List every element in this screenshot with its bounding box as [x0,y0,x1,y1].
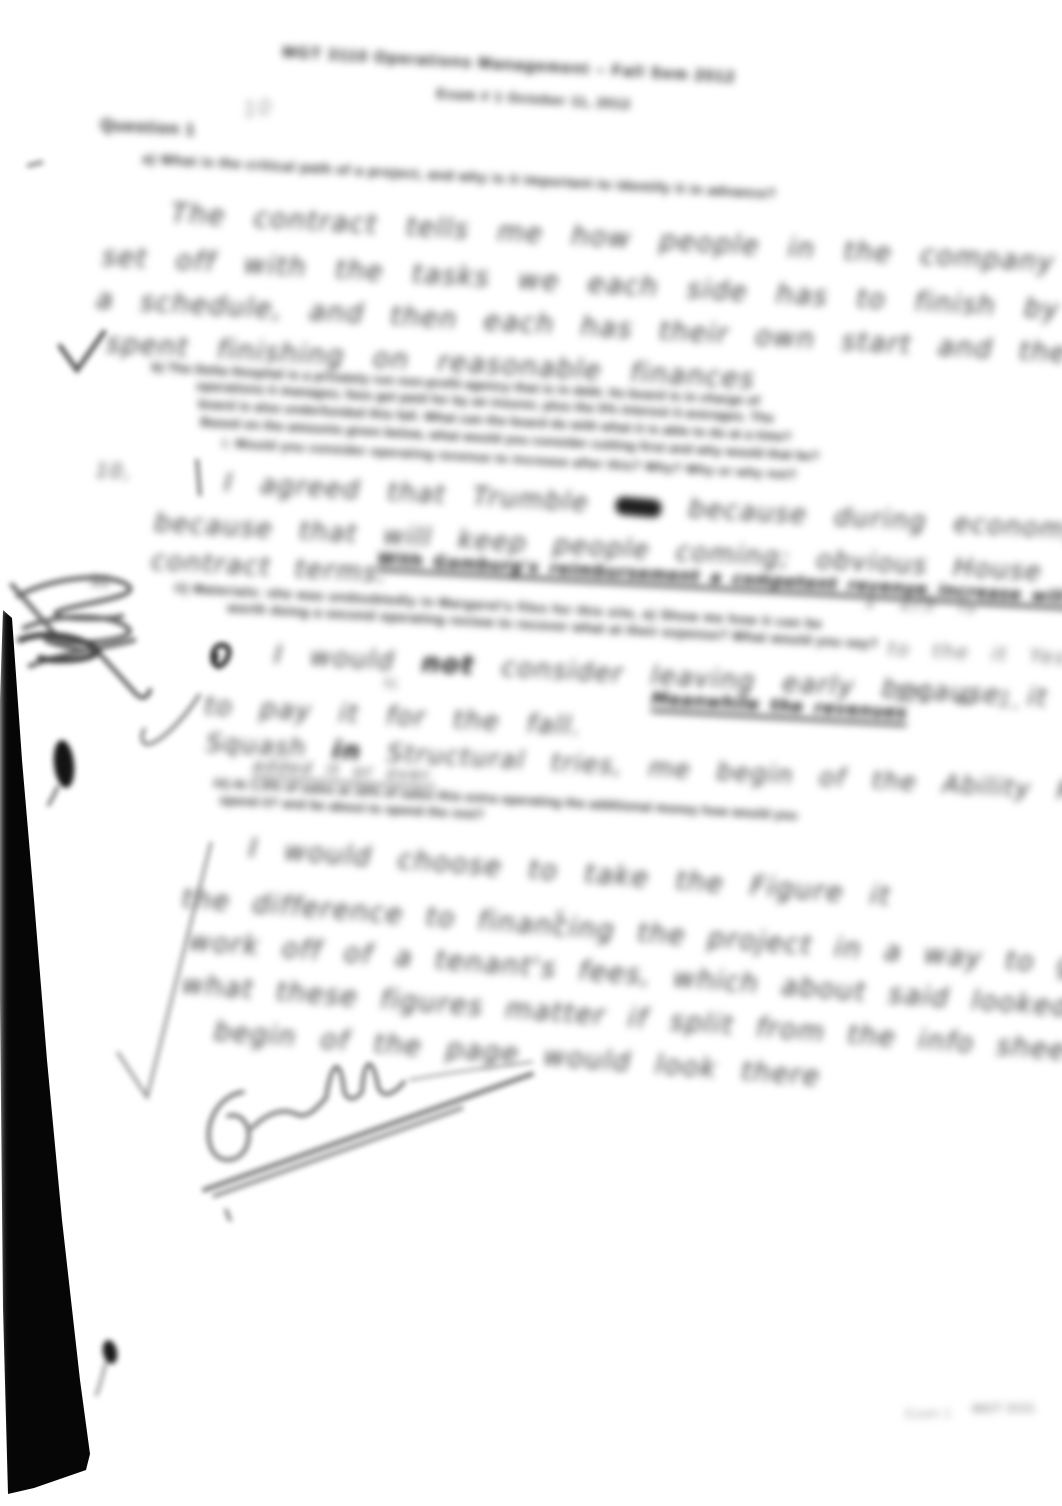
footer-course-code: MGT 3111 [972,1400,1035,1416]
answer-c-tail: 1/3 & 1, [894,682,1023,714]
footer-exam-number: Exam 1 [905,1405,952,1421]
question-c-marker: (c) [91,572,109,588]
margin-note: to the it Yes [887,636,1062,669]
question-label: Question 1 [100,116,196,140]
question-a-text: a) What is the critical path of a projec… [142,151,777,201]
answer-c-text: I would [273,640,395,677]
scribbled-out-word [615,496,662,518]
margin-score-mark: 10, [95,458,132,483]
margin-note: 1 2/3 is [864,588,979,618]
superscript-number: 6 [555,908,567,925]
exam-subtitle: Exam # 1 October 11, 2012 [436,86,631,112]
scanned-exam-page: MGT 3110 Operations Management – Fall Se… [0,0,1062,1506]
grade-mark: 10 [242,95,274,122]
scan-text-layer: MGT 3110 Operations Management – Fall Se… [0,0,1062,1506]
exam-title: MGT 3110 Operations Management – Fall Se… [282,44,736,87]
answer-b-text: I agreed that Trumble [223,468,590,518]
answer-c-bold-word: not [421,648,476,681]
superscript-fraction: ½ [382,674,399,693]
